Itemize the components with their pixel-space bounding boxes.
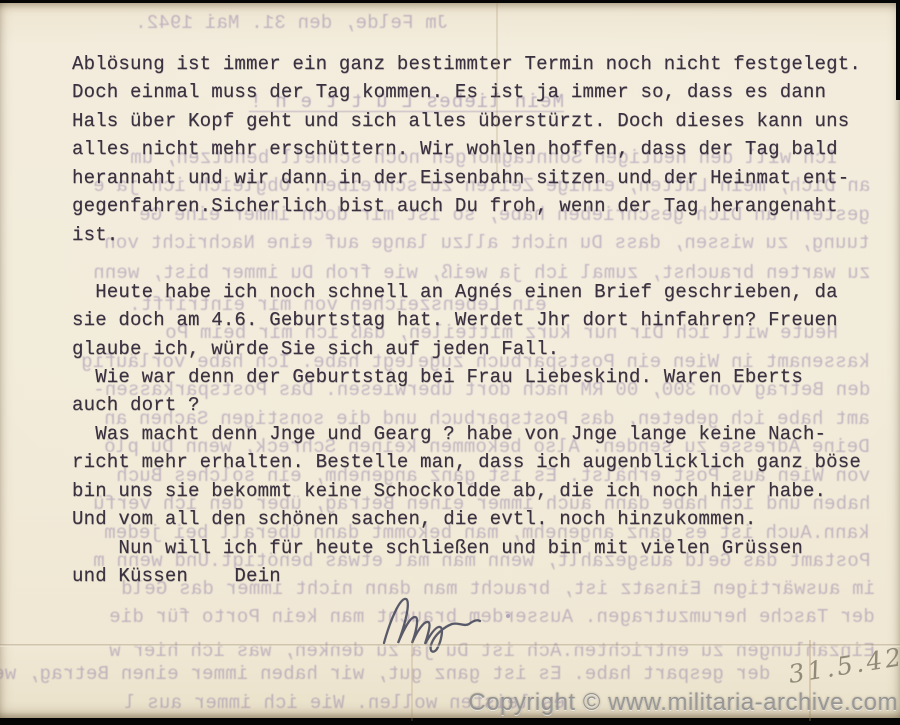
typed-line: Wie war denn der Geburtstag bei Frau Lie… xyxy=(72,363,861,391)
typed-line: gegenfahren.Sicherlich bist auch Du froh… xyxy=(72,192,861,220)
typed-line: Ablösung ist immer ein ganz bestimmter T… xyxy=(72,50,861,78)
typed-line: Hals über Kopf geht und sich alles übers… xyxy=(72,107,861,135)
typed-line: sie doch am 4.6. Geburtstag hat. Werdet … xyxy=(72,306,861,334)
letter-paper: Jm Felde, den 31. Mai 1942. Mein liebes … xyxy=(0,3,900,718)
typed-line: bin uns sie bekommt keine Schockoldde ab… xyxy=(72,477,861,505)
typed-line: Und vom all den schönen sachen, die evtl… xyxy=(72,505,861,533)
typed-blank-line xyxy=(72,249,861,277)
copyright-watermark: Copyright © www.militaria-archive.com xyxy=(468,689,898,717)
typed-line: ist. xyxy=(72,221,861,249)
typed-line: glaube ich, würde Sie sich auf jeden Fal… xyxy=(72,335,861,363)
typed-text-block: Ablösung ist immer ein ganz bestimmter T… xyxy=(72,50,861,591)
scanner-edge-right xyxy=(896,0,900,100)
typed-line: Doch einmal muss der Tag kommen. Es ist … xyxy=(72,78,861,106)
typed-line: herannaht und wir dann in der Eisenbahn … xyxy=(72,164,861,192)
typed-line: Was macht denn Jnge und Gearg ? habe von… xyxy=(72,420,861,448)
typed-line: richt mehr erhalten. Bestelle man, dass … xyxy=(72,448,861,476)
typed-signoff-line: und Küssen Dein xyxy=(72,562,861,590)
typed-line: alles nicht mehr erschüttern. Wir wohlen… xyxy=(72,135,861,163)
bleedthrough-line: der gespart habe. Es ist ganz gut, wir h… xyxy=(0,663,770,685)
scanned-letter: Jm Felde, den 31. Mai 1942. Mein liebes … xyxy=(0,0,900,725)
typed-line: Heute habe ich noch schnell an Agnés ein… xyxy=(72,278,861,306)
fold-crease-vertical-top xyxy=(496,3,498,178)
bleedthrough-line: Jm Felde, den 31. Mai 1942. xyxy=(135,12,448,34)
fold-crease-horizontal xyxy=(0,644,900,647)
typed-line: auch dort ? xyxy=(72,391,861,419)
typed-line: Nun will ich für heute schließen und bin… xyxy=(72,534,861,562)
fold-crease-vertical-bottom-left xyxy=(411,640,413,721)
